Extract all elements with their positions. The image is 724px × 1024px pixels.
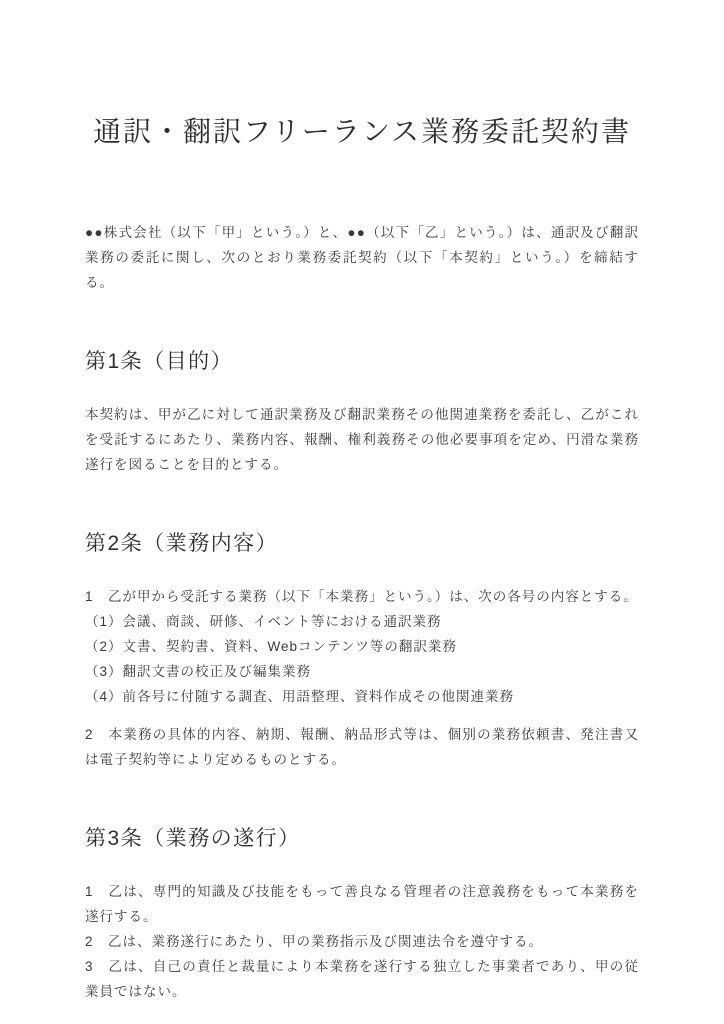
article-2-section: 第2条（業務内容） 1 乙が甲から受託する業務（以下「本業務」という。）は、次の… <box>85 529 639 772</box>
article-1-paragraph: 本契約は、甲が乙に対して通訳業務及び翻訳業務その他関連業務を委託し、乙がこれを受… <box>85 402 639 477</box>
article-2-item-1: （1）会議、商談、研修、イベント等における通訳業務 <box>85 609 639 634</box>
article-3-clause-1: 1 乙は、専門的知識及び技能をもって善良なる管理者の注意義務をもって本業務を遂行… <box>85 879 639 929</box>
document-title: 通訳・翻訳フリーランス業務委託契約書 <box>85 112 639 152</box>
article-3-heading: 第3条（業務の遂行） <box>85 824 639 854</box>
article-2-item-4: （4）前各号に付随する調査、用語整理、資料作成その他関連業務 <box>85 684 639 709</box>
article-2-clause-1: 1 乙が甲から受託する業務（以下「本業務」という。）は、次の各号の内容とする。 <box>85 584 639 609</box>
article-3-clause-3: 3 乙は、自己の責任と裁量により本業務を遂行する独立した事業者であり、甲の従業員… <box>85 954 639 1004</box>
article-3-section: 第3条（業務の遂行） 1 乙は、専門的知識及び技能をもって善良なる管理者の注意義… <box>85 824 639 1004</box>
article-2-clause-2: 2 本業務の具体的内容、納期、報酬、納品形式等は、個別の業務依頼書、発注書又は電… <box>85 722 639 772</box>
article-2-item-3: （3）翻訳文書の校正及び編集業務 <box>85 659 639 684</box>
article-2-item-2: （2）文書、契約書、資料、Webコンテンツ等の翻訳業務 <box>85 634 639 659</box>
contract-document-page: 通訳・翻訳フリーランス業務委託契約書 ●●株式会社（以下「甲」という。）と、●●… <box>0 0 724 1024</box>
preamble-paragraph: ●●株式会社（以下「甲」という。）と、●●（以下「乙」という。）は、通訳及び翻訳… <box>85 220 639 295</box>
article-1-heading: 第1条（目的） <box>85 347 639 377</box>
article-2-heading: 第2条（業務内容） <box>85 529 639 559</box>
article-1-section: 第1条（目的） 本契約は、甲が乙に対して通訳業務及び翻訳業務その他関連業務を委託… <box>85 347 639 477</box>
article-3-clause-2: 2 乙は、業務遂行にあたり、甲の業務指示及び関連法令を遵守する。 <box>85 929 639 954</box>
